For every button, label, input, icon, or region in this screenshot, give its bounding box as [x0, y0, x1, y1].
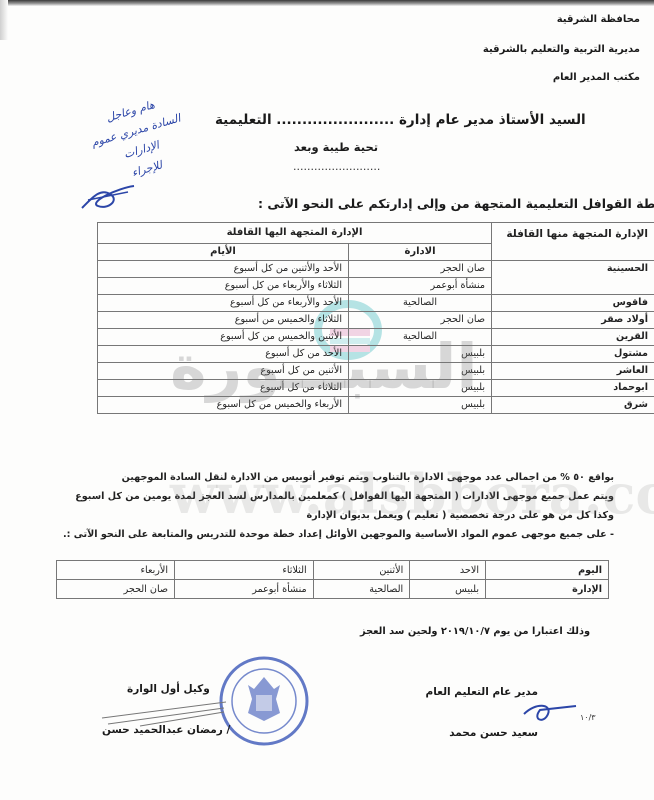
cell-days: الأحد والأربعاء من كل أسبوع	[98, 295, 349, 312]
cell-days: الثلاثاء والخميس من أسبوع	[98, 312, 349, 329]
signatory-name-right: سعيد حسن محمد	[449, 727, 538, 739]
cell-admin: صان الحجر	[349, 261, 492, 278]
weekly-schedule-table: اليوم الاحد الأثنين الثلاثاء الأربعاء ال…	[56, 560, 609, 599]
greeting-dots: .........................	[293, 160, 380, 173]
table-row-admins: الإدارة بلبيس الصالحية منشأة أبوعمر صان …	[57, 580, 609, 599]
signatory-name-left: / رمضان عبدالحميد حسن	[102, 724, 230, 736]
cell-source: أولاد صقر	[492, 312, 654, 329]
cell-days: الأحد والأثنين من كل أسبوع	[98, 261, 349, 278]
cell-source: الحسينية	[492, 261, 654, 295]
signature-right-icon	[522, 700, 578, 722]
signature-title-left: وكيل أول الوارة	[127, 683, 210, 695]
table-header-row: الإدارة المتجهة منها القافلة الإدارة الم…	[98, 223, 654, 244]
table-row-days: اليوم الاحد الأثنين الثلاثاء الأربعاء	[57, 561, 609, 580]
effective-date-note: وذلك اعتبارا من يوم ٢٠١٩/١٠/٧ ولحين سد ا…	[360, 626, 590, 637]
cell-admin: بلبيس	[410, 580, 486, 599]
row-label-admin: الإدارة	[486, 580, 609, 599]
cell-source: القرين	[492, 329, 654, 346]
directorate-label: مديرية التربية والتعليم بالشرقية	[483, 44, 640, 55]
cell-source: مشتول	[492, 346, 654, 363]
header-source-admin: الإدارة المتجهة منها القافلة	[492, 223, 654, 261]
cell-source: العاشر	[492, 363, 654, 380]
scan-edge-shadow-left	[0, 0, 8, 40]
cell-source: ابوحماد	[492, 380, 654, 397]
greeting: تحية طيبة وبعد	[294, 140, 378, 154]
table-row: فاقوس الصالحية الأحد والأربعاء من كل أسب…	[98, 295, 654, 312]
header-destination-group: الإدارة المتجهة اليها القافلة	[98, 223, 492, 244]
cell-admin: صان الحجر	[57, 580, 175, 599]
cell-day: الثلاثاء	[175, 561, 314, 580]
signature-title-right: مدير عام التعليم العام	[426, 686, 539, 698]
cell-day: الأربعاء	[57, 561, 175, 580]
cell-admin: الصالحية	[313, 580, 410, 599]
header-destination-admin: الادارة	[349, 244, 492, 261]
scan-edge-shadow	[0, 0, 654, 6]
cell-admin: الصالحية	[349, 295, 492, 312]
row-label-day: اليوم	[486, 561, 609, 580]
signature-date-right: ١٠/٣	[580, 713, 596, 722]
cell-day: الأثنين	[313, 561, 410, 580]
cell-days: الثلاثاء والأربعاء من كل أسبوع	[98, 278, 349, 295]
paragraph-unified-plan: - على جميع موجهى عموم المواد الأساسية وا…	[63, 529, 614, 540]
cell-admin: صان الحجر	[349, 312, 492, 329]
office-label: مكتب المدير العام	[553, 72, 640, 83]
watermark-url: www.alsbbora.com	[170, 462, 654, 526]
cell-day: الاحد	[410, 561, 486, 580]
handwritten-signature-icon	[78, 178, 138, 218]
table-row: أولاد صقر صان الحجر الثلاثاء والخميس من …	[98, 312, 654, 329]
cell-admin: منشأة أبوعمر	[349, 278, 492, 295]
cell-source: فاقوس	[492, 295, 654, 312]
header-days: الأيام	[98, 244, 349, 261]
watermark-text: السبـــورة	[170, 330, 478, 403]
cell-source: شرق	[492, 397, 654, 414]
official-stamp-icon	[218, 655, 310, 747]
governorate-label: محافظة الشرقية	[557, 14, 640, 25]
intro-sentence: مرسل كشف بخطة القوافل التعليمية المتجهة …	[258, 196, 654, 211]
table-row: الحسينية صان الحجر الأحد والأثنين من كل …	[98, 261, 654, 278]
cell-admin: منشأة أبوعمر	[175, 580, 314, 599]
addressee-line: السيد الأستاذ مدير عام إدارة ...........…	[215, 112, 586, 128]
